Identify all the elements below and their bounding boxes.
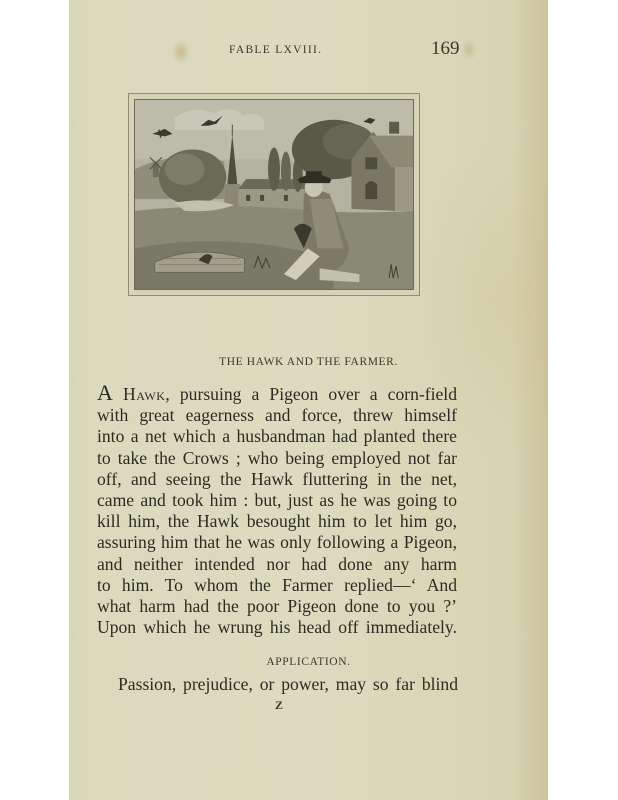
engraving-illustration	[134, 99, 414, 290]
fable-line-12: Upon which he wrung his head off immedia…	[97, 617, 457, 638]
application-heading: APPLICATION.	[69, 656, 548, 668]
fable-line-6: came and took him : but, just as he was …	[97, 490, 457, 511]
fable-body: A Hawk, pursuing a Pigeon over a corn-fi…	[97, 382, 457, 638]
opening-letter: A	[97, 380, 113, 405]
fable-line-9: and neither intended nor had done any ha…	[97, 554, 457, 575]
running-head: FABLE LXVIII. 169	[69, 38, 548, 58]
fable-line-8: assuring him that he was only following …	[97, 532, 457, 553]
fable-line-4: to take the Crows ; who being employed n…	[97, 448, 457, 469]
fable-line-2: with great eagerness and force, threw hi…	[97, 405, 457, 426]
fable-line-7: kill him, the Hawk besought him to let h…	[97, 511, 457, 532]
page-number: 169	[431, 38, 460, 60]
signature-mark: Z	[275, 698, 283, 713]
illustration-frame	[128, 93, 420, 296]
book-page: FABLE LXVIII. 169	[69, 0, 548, 800]
fable-line-10: to him. To whom the Farmer replied—‘ And	[97, 575, 457, 596]
fable-line-5: off, and seeing the Hawk fluttering in t…	[97, 469, 457, 490]
fable-line-text: , pursuing a Pigeon over a corn-field	[165, 384, 457, 404]
fable-line-11: what harm had the poor Pigeon done to yo…	[97, 596, 457, 617]
engraving-scene-icon	[135, 100, 413, 289]
fable-title: THE HAWK AND THE FARMER.	[69, 356, 548, 368]
fable-line-1: A Hawk, pursuing a Pigeon over a corn-fi…	[97, 382, 457, 405]
fable-line-3: into a net which a husbandman had plante…	[97, 426, 457, 447]
running-title: FABLE LXVIII.	[229, 44, 322, 56]
opening-word: Hawk	[123, 384, 165, 404]
application-text: Passion, prejudice, or power, may so far…	[118, 674, 458, 695]
